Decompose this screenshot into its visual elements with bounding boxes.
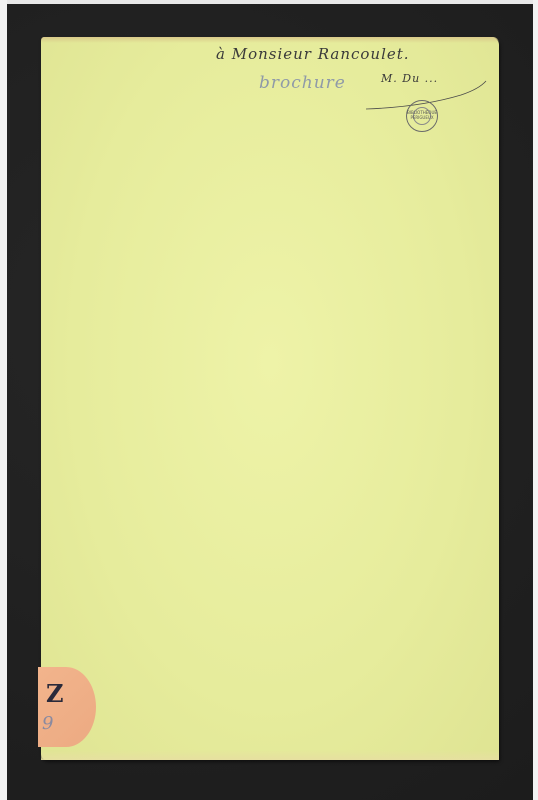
document-cover: à Monsieur Rancoulet. brochure M. Du ...… [41, 37, 499, 760]
scan-area: à Monsieur Rancoulet. brochure M. Du ...… [0, 0, 538, 800]
library-stamp-icon: BIBLIOTHÈQUE PERIGUEUX [406, 100, 438, 132]
pencil-note: brochure [259, 73, 346, 93]
scan-edge-right [533, 0, 538, 800]
stamp-text: BIBLIOTHÈQUE PERIGUEUX [407, 110, 437, 120]
shelf-label-letter: Z [46, 679, 64, 708]
shelf-label-number: 9 [42, 713, 53, 734]
handwritten-dedication: à Monsieur Rancoulet. [216, 45, 410, 63]
shelf-label: Z 9 [38, 667, 96, 747]
scan-edge-top [0, 0, 538, 4]
scan-edge-left [0, 0, 7, 800]
